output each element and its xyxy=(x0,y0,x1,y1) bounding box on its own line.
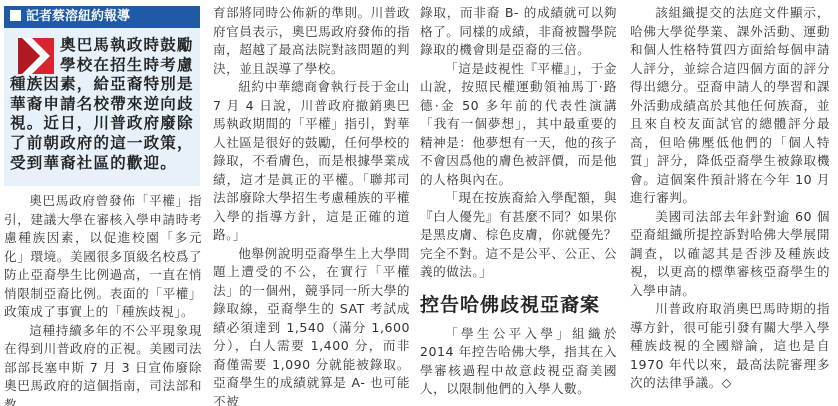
paragraph: 該組織提交的法庭文件顯示，哈佛大學從學業、課外活動、運動和個人性格特質四方面給每… xyxy=(630,4,830,208)
paragraph: 川普政府取消奧巴馬時期的指導方針，很可能引發有關大學入學種族歧視的全國辯論，這也… xyxy=(630,300,830,393)
column-4: 該組織提交的法庭文件顯示，哈佛大學從學業、課外活動、運動和個人性格特質四方面給每… xyxy=(630,4,830,393)
paragraph: 育部將同時公佈新的準則。川普政府官員表示，奧巴馬政府發佈的指南，超越了最高法院對… xyxy=(213,4,410,78)
column-1: 奧巴馬政府曾發佈「平權」指引，建議大學在審核入學申請時考慮種族因素，以促進校園「… xyxy=(4,192,202,406)
lead-line-1: 奧巴馬執政時鼓勵 xyxy=(10,36,196,56)
column-3: 錄取，而非裔 B- 的成績就可以夠格了。同樣的成績，非裔被醫學院錄取的機會則是亞… xyxy=(420,4,617,399)
byline-bar: 記者蔡溶紐約報導 xyxy=(4,6,200,28)
paragraph: 「這是歧視性『平權』」，于金山說，按照民權運動領袖馬丁·路德·金 50 多年前的… xyxy=(420,60,617,190)
lead-rest: 種族因素，給亞裔特別是華裔申請名校帶來逆向歧視。近日，川普政府廢除了前朝政府的這… xyxy=(10,75,196,173)
section-heading: 控告哈佛歧視亞裔案 xyxy=(420,290,617,317)
square-icon xyxy=(10,10,21,21)
paragraph: 美國司法部去年針對逾 60 個亞裔組織所提控訴對哈佛大學展開調查，以確認其是否涉… xyxy=(630,208,830,301)
paragraph: 「學生公平入學」組織於 2014 年控告哈佛大學，指其在入學審核過程中故意歧視亞… xyxy=(420,325,617,399)
column-2: 育部將同時公佈新的準則。川普政府官員表示，奧巴馬政府發佈的指南，超越了最高法院對… xyxy=(213,4,410,406)
lead-line-2: 學校在招生時考慮 xyxy=(10,56,196,76)
paragraph: 紐約中華總商會執行長于金山 7 月 4 日說，川普政府撤銷奧巴馬執政期間的「平權… xyxy=(213,78,410,245)
paragraph: 他舉例說明亞裔學生上大學問題上遭受的不公，在實行「平權法」的一個州，競爭同一所大… xyxy=(213,245,410,406)
paragraph: 奧巴馬政府曾發佈「平權」指引，建議大學在審核入學申請時考慮種族因素，以促進校園「… xyxy=(4,192,202,322)
byline-text: 記者蔡溶紐約報導 xyxy=(26,9,130,24)
paragraph: 「現在按族裔給入學配額，與『白人優先』有甚麼不同？如果你是黑皮膚、棕色皮膚，你就… xyxy=(420,189,617,282)
lead-paragraph: 奧巴馬執政時鼓勵 學校在招生時考慮 種族因素，給亞裔特別是華裔申請名校帶來逆向歧… xyxy=(10,36,196,173)
paragraph: 這種持續多年的不公平現象現在得到川普政府的正視。美國司法部部長塞申斯 7 月 3… xyxy=(4,322,202,406)
paragraph: 錄取，而非裔 B- 的成績就可以夠格了。同樣的成績，非裔被醫學院錄取的機會則是亞… xyxy=(420,4,617,60)
